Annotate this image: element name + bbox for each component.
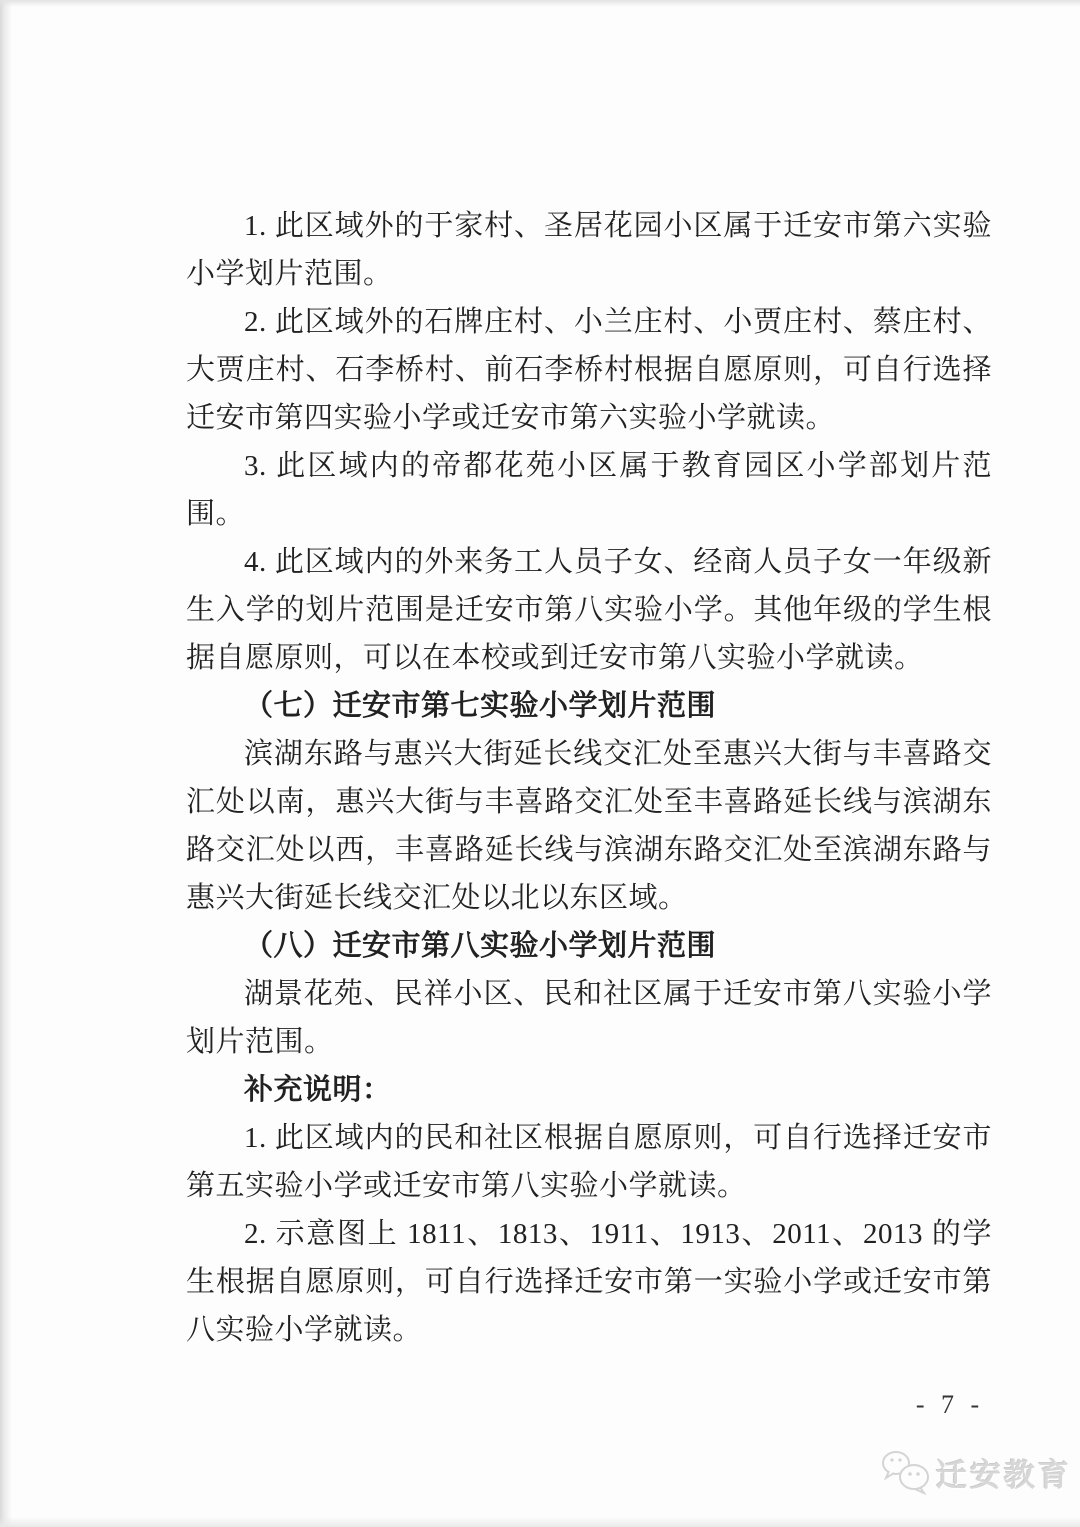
page-number: - 7 -	[905, 1390, 995, 1420]
wechat-bubbles-icon	[880, 1448, 932, 1496]
watermark-label: 迁安教育	[936, 1450, 1072, 1495]
document-text-body: 1. 此区域外的于家村、圣居花园小区属于迁安市第六实验小学划片范围。 2. 此区…	[186, 202, 992, 1354]
heading-section-8: （八）迁安市第八实验小学划片范围	[186, 922, 992, 970]
paragraph-supplement-2: 2. 示意图上 1811、1813、1911、1913、2011、2013 的学…	[186, 1210, 992, 1354]
document-page: 1. 此区域外的于家村、圣居花园小区属于迁安市第六实验小学划片范围。 2. 此区…	[0, 0, 1080, 1527]
page-left-edge	[0, 0, 12, 1527]
paragraph-district-7: 滨湖东路与惠兴大街延长线交汇处至惠兴大街与丰喜路交汇处以南，惠兴大街与丰喜路交汇…	[186, 730, 992, 922]
heading-section-7: （七）迁安市第七实验小学划片范围	[186, 682, 992, 730]
paragraph-supplement-1: 1. 此区域内的民和社区根据自愿原则，可自行选择迁安市第五实验小学或迁安市第八实…	[186, 1114, 992, 1210]
paragraph-note-1: 1. 此区域外的于家村、圣居花园小区属于迁安市第六实验小学划片范围。	[186, 202, 992, 298]
paragraph-note-3: 3. 此区域内的帝都花苑小区属于教育园区小学部划片范围。	[186, 442, 992, 538]
paragraph-district-8: 湖景花苑、民祥小区、民和社区属于迁安市第八实验小学划片范围。	[186, 970, 992, 1066]
paragraph-note-4: 4. 此区域内的外来务工人员子女、经商人员子女一年级新生入学的划片范围是迁安市第…	[186, 538, 992, 682]
page-top-edge	[0, 0, 1080, 7]
heading-supplementary-notes: 补充说明：	[186, 1066, 992, 1114]
paragraph-note-2: 2. 此区域外的石牌庄村、小兰庄村、小贾庄村、蔡庄村、大贾庄村、石李桥村、前石李…	[186, 298, 992, 442]
watermark: 迁安教育	[880, 1448, 1072, 1496]
page-bottom-edge	[0, 1517, 1080, 1527]
